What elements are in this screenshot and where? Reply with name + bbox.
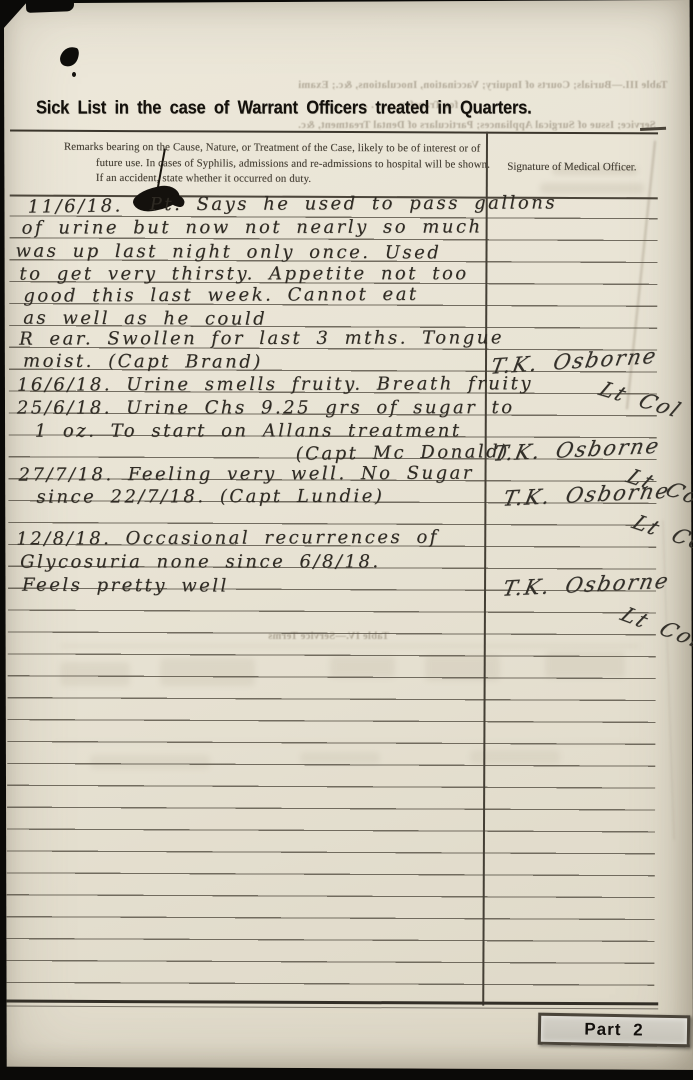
handwriting-line: 25/6/18. Urine Chs 9.25 grs of sugar to bbox=[17, 397, 515, 418]
part-label-text: Part 2 bbox=[584, 1019, 644, 1040]
remarks-column-header: Remarks bearing on the Cause, Nature, or… bbox=[64, 141, 481, 155]
handwriting-line: Feels pretty well bbox=[22, 575, 229, 597]
handwriting-line: 12/8/18. Occasional recurrences of bbox=[16, 527, 439, 550]
handwriting-line: 11/6/18. bbox=[28, 195, 123, 217]
handwritten-entries: 11/6/18.Pt. Says he used to pass gallons… bbox=[1, 0, 693, 2]
handwriting-line: 27/7/18. Feeling very well. No Sugar bbox=[18, 463, 474, 486]
remarks-column-header: If an accident, state whether it occurre… bbox=[96, 172, 312, 185]
part-label-sticker: Part 2 bbox=[538, 1013, 691, 1048]
signature-column-header: Signature of Medical Officer. bbox=[486, 161, 658, 174]
handwriting-line: of urine but now not nearly so much bbox=[22, 216, 483, 238]
handwriting-line: moist. (Capt Brand) bbox=[23, 351, 263, 373]
handwriting-line: Glycosuria none since 6/8/18. bbox=[20, 551, 380, 572]
handwriting-line: R ear. Swollen for last 3 mths. Tongue bbox=[19, 327, 504, 349]
handwriting-line: as well as he could bbox=[23, 308, 267, 330]
table-bottom-rule-thin bbox=[6, 1005, 658, 1009]
table-top-dash bbox=[640, 127, 666, 131]
remarks-column-header: future use. In cases of Syphilis, admiss… bbox=[96, 156, 490, 170]
handwriting-line: Pt. Says he used to pass gallons bbox=[150, 192, 557, 215]
handwriting-line: good this last week. Cannot eat bbox=[23, 284, 418, 307]
document-content: Table III.—Burials; Courts of Inquiry; V… bbox=[0, 0, 693, 1080]
handwriting-line: to get very thirsty. Appetite not too bbox=[19, 263, 468, 284]
handwriting-line: 16/6/18. Urine smells fruity. Breath fru… bbox=[17, 373, 533, 395]
handwriting-line: since 22/7/18. (Capt Lundie) bbox=[36, 486, 384, 508]
sick-list-table: Remarks bearing on the Cause, Nature, or… bbox=[0, 0, 693, 1080]
handwriting-line: (Capt Mc Donald) bbox=[295, 441, 509, 465]
handwriting-line: was up last night only once. Used bbox=[15, 241, 441, 264]
handwriting-line: 1 oz. To start on Allans treatment bbox=[35, 420, 462, 441]
table-top-rule bbox=[10, 130, 658, 135]
